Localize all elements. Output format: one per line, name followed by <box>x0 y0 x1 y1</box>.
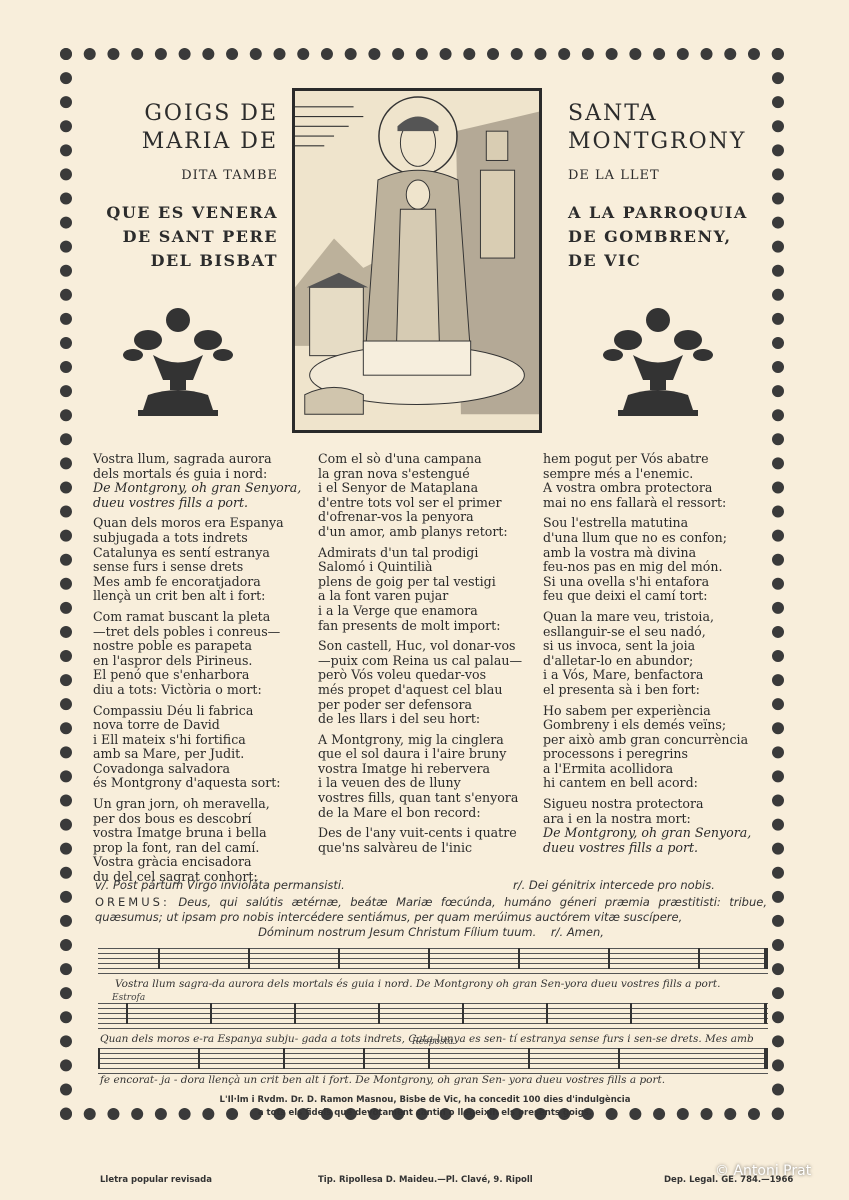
refrain-line: De Montgrony, oh gran Senyora, <box>93 481 313 496</box>
verse-line: d'ofrenar-vos la penyora <box>318 510 538 525</box>
bar-line <box>378 1003 380 1024</box>
verse-line: el presenta sà i ben fort: <box>543 683 763 698</box>
versicle-row: v/. Post pártum Virgo invioláta permansi… <box>95 878 767 892</box>
title-line: QUE ES VENERA <box>98 201 278 225</box>
bar-line <box>764 1003 767 1024</box>
oremus-last-line: Dóminum nostrum Jesum Christum Fílium tu… <box>95 925 767 940</box>
verse-line: diu a tots: Victòria o mort: <box>93 683 313 698</box>
flower-vase-ornament-right-icon <box>598 300 718 420</box>
verse-line: —puix com Reina us cal palau— <box>318 654 538 669</box>
verse-line: Com el sò d'una campana <box>318 452 538 467</box>
verse-line: hi cantem en bell acord: <box>543 776 763 791</box>
verse-line: que'ns salvàreu de l'inic <box>318 841 538 856</box>
stanza: Ho sabem per experiència Gombreny i els … <box>543 704 763 792</box>
verse-line: nostre poble es parapeta <box>93 639 313 654</box>
verse-line: vostra Imatge bruna i bella <box>93 826 313 841</box>
indulgence-line: a tots els fidels que devotament cantin … <box>140 1107 710 1120</box>
verse-line: Vostra llum, sagrada aurora <box>93 452 313 467</box>
stanza: Com el sò d'una campana la gran nova s'e… <box>318 452 538 540</box>
bar-line <box>283 1048 285 1069</box>
refrain-line: De Montgrony, oh gran Senyora, <box>543 826 763 841</box>
verse-line: hem pogut per Vós abatre <box>543 452 763 467</box>
bar-line <box>528 1048 530 1069</box>
virgin-and-child-icon <box>295 91 539 430</box>
bar-line <box>338 948 340 969</box>
title-line: MONTGRONY <box>568 128 768 156</box>
verse-line: d'una llum que no es confon; <box>543 531 763 546</box>
stanza: Com ramat buscant la pleta —tret dels po… <box>93 610 313 698</box>
final-bar-line <box>764 948 768 969</box>
bar-line <box>248 948 250 969</box>
title-left-block: GOIGS DE MARIA DE DITA TAMBE QUE ES VENE… <box>98 100 278 273</box>
subtitle: DE LA LLET <box>568 168 768 183</box>
verse-line: d'entre tots vol ser el primer <box>318 496 538 511</box>
bar-line <box>428 1048 430 1069</box>
bar-line <box>428 948 430 969</box>
music-staff-2 <box>98 1003 768 1029</box>
verse-line: a l'Ermita acollidora <box>543 762 763 777</box>
stanza: Admirats d'un tal prodigi Salomó i Quint… <box>318 546 538 634</box>
flower-vase-ornament-left-icon <box>118 300 238 420</box>
verse-line: Mes amb fe encoratjadora <box>93 575 313 590</box>
stanza: Sigueu nostra protectora ara i en la nos… <box>543 797 763 855</box>
verse-line: vostres fills, quan tant s'enyora <box>318 791 538 806</box>
title-line: DE VIC <box>568 249 768 273</box>
title-line: DEL BISBAT <box>98 249 278 273</box>
footer-center: Tip. Ripollesa D. Maideu.—Pl. Clavé, 9. … <box>318 1175 533 1185</box>
verse-line: la gran nova s'estengué <box>318 467 538 482</box>
music-staff-3 <box>98 1048 768 1074</box>
bar-line <box>198 1048 200 1069</box>
verse-line: nova torre de David <box>93 718 313 733</box>
verse-line: llençà un crit ben alt i fort: <box>93 589 313 604</box>
verse-line: Covadonga salvadora <box>93 762 313 777</box>
bar-line <box>363 1048 365 1069</box>
verse-line: sense furs i sense drets <box>93 560 313 575</box>
title-right-block: SANTA MONTGRONY DE LA LLET A LA PARROQUI… <box>568 100 768 273</box>
verse-line: amb la vostra mà divina <box>543 546 763 561</box>
bar-line <box>126 1003 128 1024</box>
verse-line: Salomó i Quintilià <box>318 560 538 575</box>
verse-line: més propet d'aquest cel blau <box>318 683 538 698</box>
verse-line: feu que deixi el camí tort: <box>543 589 763 604</box>
verse-line: vostra Imatge hi rebervera <box>318 762 538 777</box>
stanza: Vostra llum, sagrada aurora dels mortals… <box>93 452 313 510</box>
bar-line <box>210 1003 212 1024</box>
verse-line: i el Senyor de Mataplana <box>318 481 538 496</box>
poem-column-1: Vostra llum, sagrada aurora dels mortals… <box>93 452 313 891</box>
bar-line <box>158 948 160 969</box>
title-line: GOIGS DE <box>98 100 278 128</box>
verse-line: que el sol daura i l'aire bruny <box>318 747 538 762</box>
oremus-label: OREMUS: <box>95 895 170 909</box>
verse-line: esllanguir-se el seu nadó, <box>543 625 763 640</box>
verse-line: i a Vós, Mare, benfactora <box>543 668 763 683</box>
stanza: A Montgrony, mig la cinglera que el sol … <box>318 733 538 821</box>
stanza: Un gran jorn, oh meravella, per dos bous… <box>93 797 313 885</box>
footer-left: Lletra popular revisada <box>100 1175 212 1185</box>
verse-line: —tret dels pobles i conreus— <box>93 625 313 640</box>
indulgence-note: L'Il·lm i Rvdm. Dr. D. Ramon Masnou, Bis… <box>140 1094 710 1120</box>
bar-line <box>518 948 520 969</box>
verse-line: prop la font, ran del camí. <box>93 841 313 856</box>
poem-column-3: hem pogut per Vós abatre sempre més a l'… <box>543 452 763 861</box>
verse-line: d'alletar-lo en abundor; <box>543 654 763 669</box>
verse-line: Quan la mare veu, tristoia, <box>543 610 763 625</box>
verse-line: a la font varen pujar <box>318 589 538 604</box>
verse-line: processons i peregrins <box>543 747 763 762</box>
verse-line: Son castell, Huc, vol donar-vos <box>318 639 538 654</box>
verse-line: Vostra gràcia encisadora <box>93 855 313 870</box>
verse-line: A Montgrony, mig la cinglera <box>318 733 538 748</box>
bar-line <box>462 1003 464 1024</box>
stanza: hem pogut per Vós abatre sempre més a l'… <box>543 452 763 510</box>
verse-line: per poder ser defensora <box>318 698 538 713</box>
verse-line: Catalunya es sentí estranya <box>93 546 313 561</box>
title-line: SANTA <box>568 100 768 128</box>
bar-line <box>608 948 610 969</box>
verse-line: Admirats d'un tal prodigi <box>318 546 538 561</box>
subtitle: DITA TAMBE <box>98 168 278 183</box>
estrofa-label: Estrofa <box>112 993 145 1003</box>
verse-line: és Montgrony d'aquesta sort: <box>93 776 313 791</box>
stanza: Quan dels moros era Espanya subjugada a … <box>93 516 313 604</box>
verse-line: Des de l'any vuit-cents i quatre <box>318 826 538 841</box>
verse-line: Ho sabem per experiència <box>543 704 763 719</box>
stanza: Son castell, Huc, vol donar-vos —puix co… <box>318 639 538 727</box>
amen-response: r/. Amen, <box>551 925 604 939</box>
verse-line: fan presents de molt import: <box>318 619 538 634</box>
verse-line: Quan dels moros era Espanya <box>93 516 313 531</box>
resposta-label: Resposta <box>412 1037 454 1047</box>
bar-line <box>546 1003 548 1024</box>
virgin-woodcut-illustration <box>292 88 542 433</box>
verse-line: A vostra ombra protectora <box>543 481 763 496</box>
verse-line: de les llars i del seu hort: <box>318 712 538 727</box>
refrain-line: dueu vostres fills a port. <box>93 496 313 511</box>
verse-line: ara i en la nostra mort: <box>543 812 763 827</box>
title-line: DE SANT PERE <box>98 225 278 249</box>
verse-line: mai no ens fallarà el ressort: <box>543 496 763 511</box>
oremus-closing: Dóminum nostrum Jesum Christum Fílium tu… <box>258 925 536 939</box>
verse-line: subjugada a tots indrets <box>93 531 313 546</box>
title-line: A LA PARROQUIA <box>568 201 768 225</box>
verse-line: però Vós voleu quedar-vos <box>318 668 538 683</box>
verse-line: Compassiu Déu li fabrica <box>93 704 313 719</box>
verse-line: i la veuen des de lluny <box>318 776 538 791</box>
stanza: Quan la mare veu, tristoia, esllanguir-s… <box>543 610 763 698</box>
stanza: Compassiu Déu li fabrica nova torre de D… <box>93 704 313 792</box>
oremus-prayer: OREMUS: Deus, qui salútis ætérnæ, beátæ … <box>95 895 767 940</box>
verse-line: de la Mare el bon record: <box>318 806 538 821</box>
verse-line: Com ramat buscant la pleta <box>93 610 313 625</box>
bar-line <box>630 1003 632 1024</box>
bar-line <box>618 1048 620 1069</box>
verse-line: Gombreny i els demés veïns; <box>543 718 763 733</box>
verse-line: Sou l'estrella matutina <box>543 516 763 531</box>
verse-line: Un gran jorn, oh meravella, <box>93 797 313 812</box>
response: r/. Dei génitrix intercede pro nobis. <box>513 878 715 892</box>
verse-line: si us invoca, sent la joia <box>543 639 763 654</box>
verse-line: per això amb gran concurrència <box>543 733 763 748</box>
verse-line: Sigueu nostra protectora <box>543 797 763 812</box>
refrain-line: dueu vostres fills a port. <box>543 841 763 856</box>
verse-line: amb sa Mare, per Judit. <box>93 747 313 762</box>
title-line: DE GOMBRENY, <box>568 225 768 249</box>
poem-column-2: Com el sò d'una campana la gran nova s'e… <box>318 452 538 861</box>
bar-line <box>294 1003 296 1024</box>
verse-line: en l'aspror dels Pirineus. <box>93 654 313 669</box>
stanza: Sou l'estrella matutina d'una llum que n… <box>543 516 763 604</box>
stanza: Des de l'any vuit-cents i quatre que'ns … <box>318 826 538 855</box>
final-bar-line <box>764 1048 768 1069</box>
verse-line: El penó que s'enharbora <box>93 668 313 683</box>
verse-line: i a la Verge que enamora <box>318 604 538 619</box>
music-staff-1 <box>98 948 768 974</box>
verse-line: Si una ovella s'hi entafora <box>543 575 763 590</box>
verse-line: per dos bous es descobrí <box>93 812 313 827</box>
bar-line <box>98 1048 100 1069</box>
verse-line: sempre més a l'enemic. <box>543 467 763 482</box>
versicle: v/. Post pártum Virgo invioláta permansi… <box>95 878 345 892</box>
music-lyrics-3: fe encorat- ja - dora llençà un crit ben… <box>100 1074 750 1086</box>
indulgence-line: L'Il·lm i Rvdm. Dr. D. Ramon Masnou, Bis… <box>140 1094 710 1107</box>
verse-line: i Ell mateix s'hi fortifica <box>93 733 313 748</box>
bar-line <box>698 948 700 969</box>
oremus-text: Deus, qui salútis ætérnæ, beátæ Mariæ fœ… <box>95 895 767 924</box>
verse-line: dels mortals és guia i nord: <box>93 467 313 482</box>
copyright-watermark: © Antoni Prat <box>715 1163 811 1179</box>
verse-line: d'un amor, amb planys retort: <box>318 525 538 540</box>
verse-line: plens de goig per tal vestigi <box>318 575 538 590</box>
verse-line: feu-nos pas en mig del món. <box>543 560 763 575</box>
title-line: MARIA DE <box>98 128 278 156</box>
music-lyrics-1: Vostra llum sagra-da aurora dels mortals… <box>115 978 765 990</box>
